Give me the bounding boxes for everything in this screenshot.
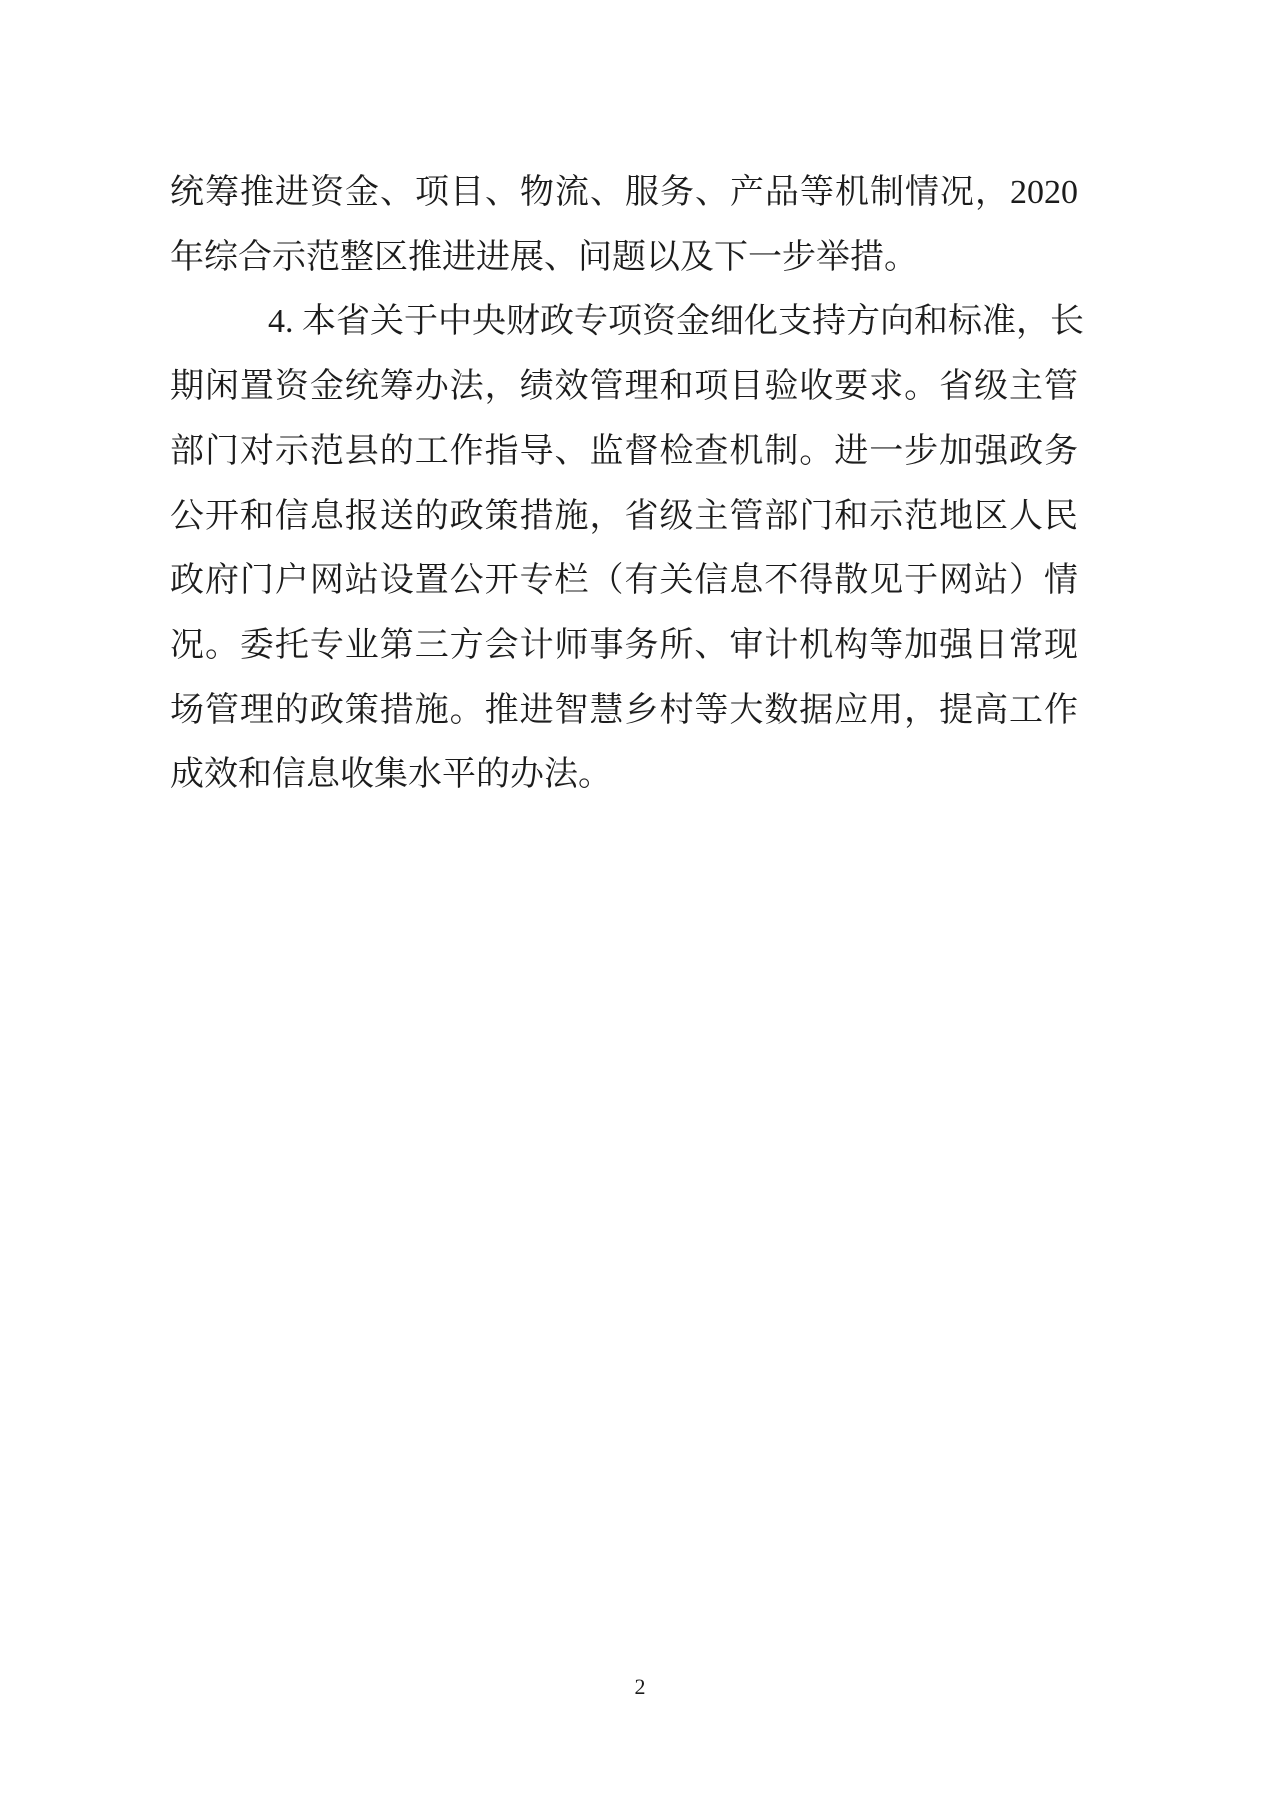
text-line: 场管理的政策措施。推进智慧乡村等大数据应用，提高工作 (170, 679, 1078, 744)
text-line: 成效和信息收集水平的办法。 (170, 743, 1078, 808)
text-line: 年综合示范整区推进进展、问题以及下一步举措。 (170, 226, 1078, 291)
text-line: 政府门户网站设置公开专栏（有关信息不得散见于网站）情 (170, 549, 1078, 614)
text-line: 4. 本省关于中央财政专项资金细化支持方向和标准，长 (170, 290, 1078, 355)
text-line: 部门对示范县的工作指导、监督检查机制。进一步加强政务 (170, 420, 1078, 485)
text-line: 公开和信息报送的政策措施，省级主管部门和示范地区人民 (170, 485, 1078, 550)
text-line: 期闲置资金统筹办法，绩效管理和项目验收要求。省级主管 (170, 355, 1078, 420)
text-line: 统筹推进资金、项目、物流、服务、产品等机制情况，2020 (170, 161, 1078, 226)
page-footer: 2 (0, 1674, 1280, 1700)
text-line: 况。委托专业第三方会计师事务所、审计机构等加强日常现 (170, 614, 1078, 679)
document-body: 统筹推进资金、项目、物流、服务、产品等机制情况，2020年综合示范整区推进进展、… (170, 161, 1078, 808)
document-page: 统筹推进资金、项目、物流、服务、产品等机制情况，2020年综合示范整区推进进展、… (0, 0, 1280, 1810)
page-number: 2 (635, 1674, 646, 1699)
